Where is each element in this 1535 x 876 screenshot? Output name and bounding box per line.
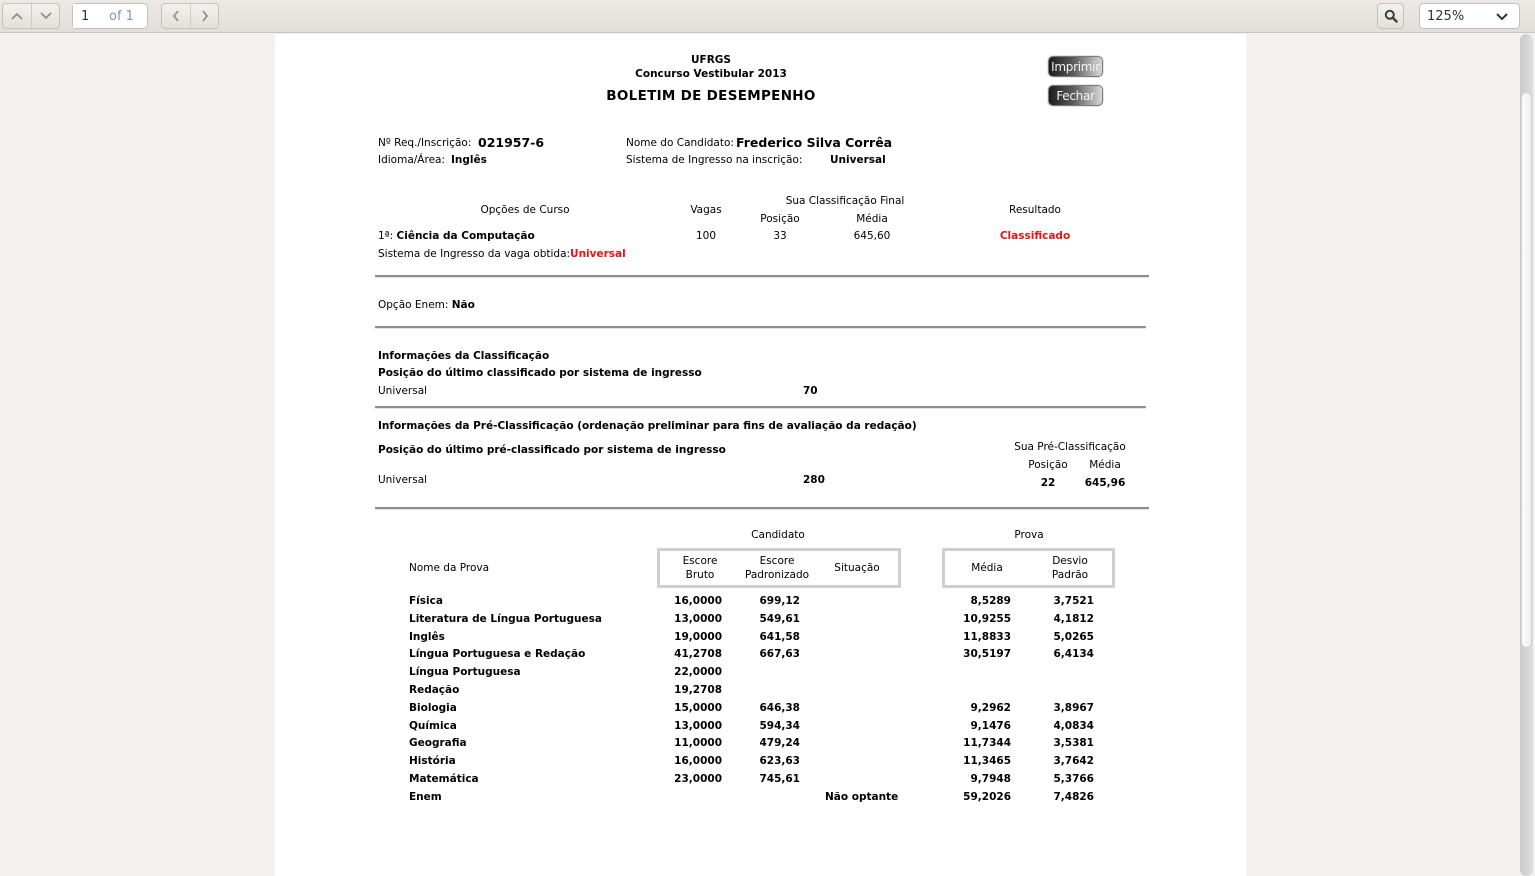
standard-score-cell: 549,61 (740, 613, 800, 625)
vertical-scrollbar[interactable] (1520, 34, 1533, 876)
candidate-name-value: Frederico Silva Corrêa (736, 135, 892, 150)
exam-mean-cell: 10,9255 (945, 613, 1011, 625)
registration-system-label: Sistema de Ingresso na inscrição: (626, 154, 802, 166)
page-count-label: of 1 (103, 9, 134, 24)
exam-mean-cell: 11,8833 (945, 631, 1011, 643)
forward-button[interactable] (190, 4, 218, 28)
obtained-system-value: Universal (570, 248, 626, 260)
final-position-header: Posição (750, 213, 810, 225)
print-button[interactable]: Imprimir (1048, 56, 1103, 77)
pre-average-header: Média (1075, 459, 1135, 471)
pre-classification-subtitle: Posição do último pré-classificado por s… (378, 444, 726, 456)
exam-sd-header-line1: Desvio (1040, 555, 1100, 567)
section-divider (375, 406, 1146, 409)
exam-mean-cell: 11,7344 (945, 737, 1011, 749)
course-option-vagas: 100 (676, 230, 736, 242)
exam-sd-cell: 7,4826 (1030, 791, 1094, 803)
page-number-box: of 1 (72, 3, 148, 29)
exam-mean-cell: 9,2962 (945, 702, 1011, 714)
chevron-down-icon (39, 11, 53, 21)
exam-sd-header-line2: Padrão (1040, 569, 1100, 581)
raw-score-cell: 23,0000 (661, 773, 722, 785)
exam-group-header: Prova (979, 529, 1079, 541)
exam-mean-header: Média (957, 562, 1017, 574)
status-header: Situação (827, 562, 887, 574)
classification-info-title: Informações da Classificação (378, 350, 549, 362)
enem-option: Opção Enem: Não (378, 299, 475, 311)
document-viewport: UFRGS Concurso Vestibular 2013 BOLETIM D… (0, 34, 1535, 876)
next-page-button[interactable] (31, 4, 59, 28)
pre-position-value: 22 (1018, 477, 1078, 489)
exam-name-cell: Geografia (409, 737, 467, 749)
exam-sd-cell: 5,0265 (1030, 631, 1094, 643)
raw-score-header-line2: Bruto (670, 569, 730, 581)
classification-info-subtitle: Posição do último classificado por siste… (378, 367, 702, 379)
course-options-header: Opções de Curso (425, 204, 625, 216)
chevron-right-icon (200, 9, 210, 23)
standard-score-cell: 594,34 (740, 720, 800, 732)
search-icon (1384, 9, 1398, 23)
pre-classification-system: Universal (378, 474, 427, 486)
candidate-group-header: Candidato (728, 529, 828, 541)
exam-sd-cell: 3,7521 (1030, 595, 1094, 607)
viewer-toolbar: of 1 125% (0, 0, 1535, 33)
course-option-row: 1ª: Ciência da Computação (378, 230, 535, 242)
classification-system: Universal (378, 385, 427, 397)
course-option-average: 645,60 (842, 230, 902, 242)
course-option-result: Classificado (985, 230, 1085, 242)
exam-name-cell: Enem (409, 791, 442, 803)
candidate-name-label: Nome do Candidato: (626, 137, 734, 149)
final-classification-header: Sua Classificação Final (745, 195, 945, 207)
exam-name-cell: Inglês (409, 631, 445, 643)
raw-score-cell: 13,0000 (661, 720, 722, 732)
exam-name: Concurso Vestibular 2013 (611, 68, 811, 80)
standard-score-header-line2: Padronizado (737, 569, 817, 581)
course-option-position: 33 (750, 230, 810, 242)
exam-name-cell: Língua Portuguesa e Redação (409, 648, 585, 660)
final-average-header: Média (842, 213, 902, 225)
section-divider (375, 507, 1149, 510)
exam-name-cell: Física (409, 595, 443, 607)
status-cell: Não optante (825, 791, 898, 803)
registration-value: 021957-6 (478, 135, 544, 150)
history-nav-group (161, 3, 219, 29)
raw-score-cell: 16,0000 (661, 755, 722, 767)
scrollbar-thumb[interactable] (1521, 92, 1532, 648)
institution-name: UFRGS (611, 54, 811, 66)
last-classified-position: 70 (803, 385, 818, 397)
exam-sd-cell: 3,5381 (1030, 737, 1094, 749)
language-label: Idioma/Área: (378, 154, 445, 166)
exam-name-cell: Biologia (409, 702, 457, 714)
exam-mean-cell: 59,2026 (945, 791, 1011, 803)
standard-score-header-line1: Escore (737, 555, 817, 567)
chevron-up-icon (10, 11, 24, 21)
close-button[interactable]: Fechar (1048, 85, 1103, 106)
document-page: UFRGS Concurso Vestibular 2013 BOLETIM D… (275, 34, 1246, 876)
language-value: Inglês (451, 154, 487, 166)
exam-sd-cell: 3,8967 (1030, 702, 1094, 714)
course-option-prefix: 1ª: (378, 230, 393, 242)
vagas-header: Vagas (676, 204, 736, 216)
page-title: BOLETIM DE DESEMPENHO (561, 88, 861, 104)
exam-name-cell: Literatura de Língua Portuguesa (409, 613, 602, 625)
page-number-input[interactable] (73, 4, 103, 28)
exam-mean-cell: 8,5289 (945, 595, 1011, 607)
zoom-level-value: 125% (1427, 9, 1464, 24)
pre-average-value: 645,96 (1075, 477, 1135, 489)
exam-name-cell: História (409, 755, 456, 767)
raw-score-cell: 15,0000 (661, 702, 722, 714)
exam-name-cell: Matemática (409, 773, 479, 785)
pre-position-header: Posição (1018, 459, 1078, 471)
raw-score-cell: 22,0000 (661, 666, 722, 678)
chevron-left-icon (171, 9, 181, 23)
previous-page-button[interactable] (3, 4, 31, 28)
exam-sd-cell: 3,7642 (1030, 755, 1094, 767)
exam-name-cell: Língua Portuguesa (409, 666, 521, 678)
raw-score-cell: 19,2708 (661, 684, 722, 696)
standard-score-cell: 745,61 (740, 773, 800, 785)
result-header: Resultado (985, 204, 1085, 216)
page-nav-group (2, 3, 60, 29)
raw-score-cell: 16,0000 (661, 595, 722, 607)
registration-system-value: Universal (830, 154, 886, 166)
registration-label: Nº Req./Inscrição: (378, 137, 471, 149)
standard-score-cell: 641,58 (740, 631, 800, 643)
standard-score-cell: 667,63 (740, 648, 800, 660)
exam-sd-cell: 6,4134 (1030, 648, 1094, 660)
exam-mean-cell: 30,5197 (945, 648, 1011, 660)
zoom-level-select[interactable]: 125% (1419, 3, 1520, 29)
exam-sd-cell: 5,3766 (1030, 773, 1094, 785)
exam-sd-cell: 4,1812 (1030, 613, 1094, 625)
raw-score-cell: 11,0000 (661, 737, 722, 749)
section-divider (375, 326, 1146, 329)
enem-option-label: Opção Enem: (378, 299, 448, 311)
exam-mean-cell: 9,1476 (945, 720, 1011, 732)
raw-score-cell: 19,0000 (661, 631, 722, 643)
your-pre-classification-header: Sua Pré-Classificação (1005, 441, 1135, 453)
exam-name-cell: Redação (409, 684, 459, 696)
course-option-name: Ciência da Computação (397, 230, 535, 242)
raw-score-cell: 41,2708 (661, 648, 722, 660)
exam-sd-cell: 4,0834 (1030, 720, 1094, 732)
standard-score-cell: 623,63 (740, 755, 800, 767)
raw-score-cell: 13,0000 (661, 613, 722, 625)
search-button[interactable] (1377, 3, 1404, 29)
standard-score-cell: 699,12 (740, 595, 800, 607)
pre-classification-title: Informações da Pré-Classificação (ordena… (378, 420, 917, 432)
standard-score-cell: 646,38 (740, 702, 800, 714)
obtained-system: Sistema de Ingresso da vaga obtida:Unive… (378, 248, 626, 260)
exam-mean-cell: 11,3465 (945, 755, 1011, 767)
raw-score-header-line1: Escore (670, 555, 730, 567)
exam-mean-cell: 9,7948 (945, 773, 1011, 785)
standard-score-cell: 479,24 (740, 737, 800, 749)
exam-name-cell: Química (409, 720, 457, 732)
enem-option-value: Não (452, 299, 475, 311)
section-divider (375, 275, 1149, 278)
back-button[interactable] (162, 4, 190, 28)
obtained-system-label: Sistema de Ingresso da vaga obtida: (378, 248, 570, 260)
exam-name-header: Nome da Prova (409, 562, 489, 574)
chevron-down-icon (1495, 12, 1509, 21)
last-pre-classified-position: 280 (803, 474, 825, 486)
